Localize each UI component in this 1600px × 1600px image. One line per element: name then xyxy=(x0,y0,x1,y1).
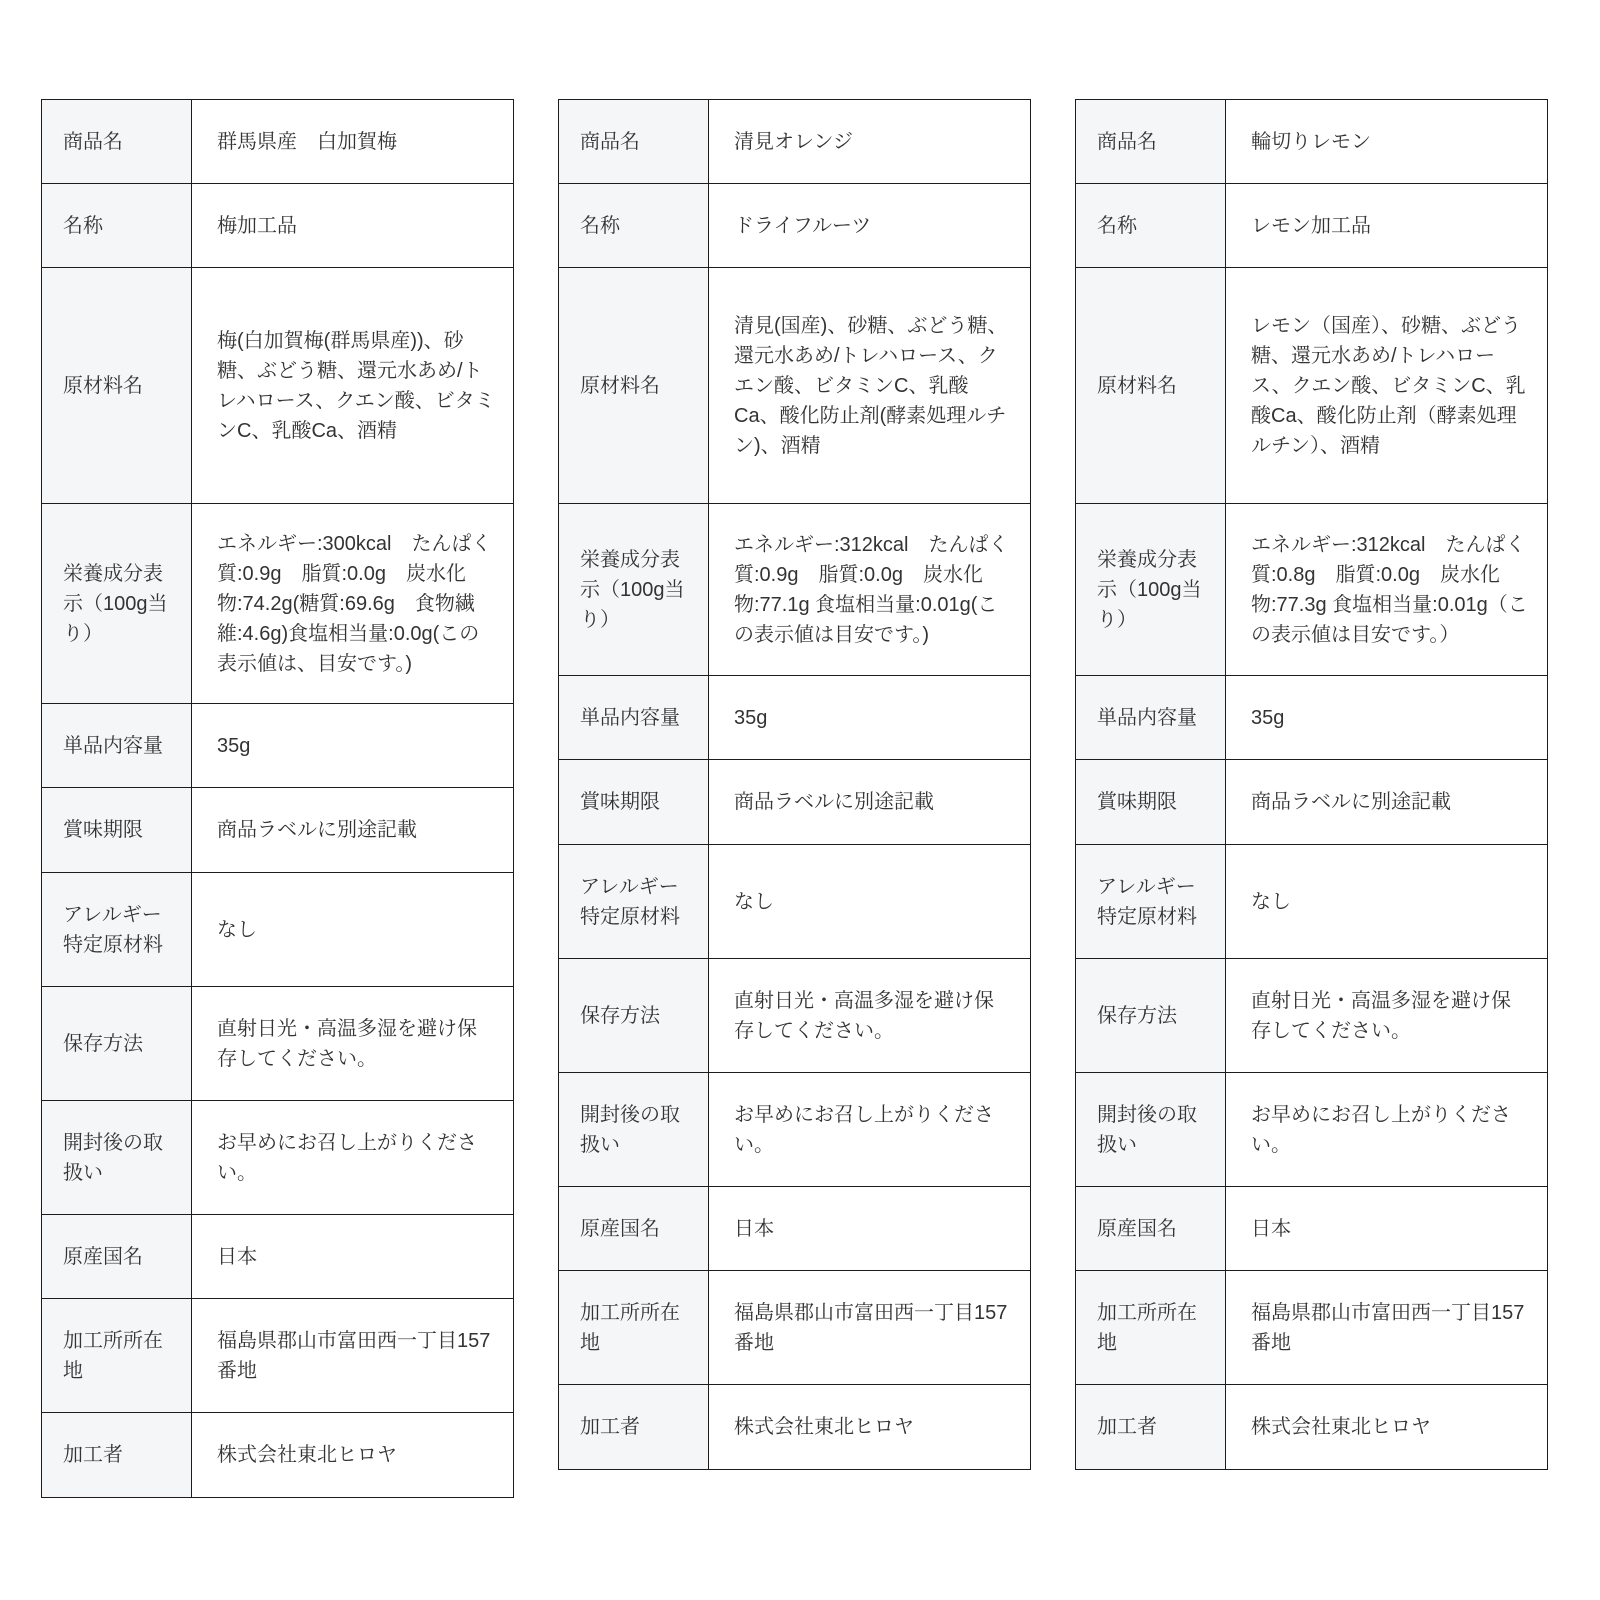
value-factory-address: 福島県郡山市富田西一丁目157番地 xyxy=(192,1299,514,1413)
table-row: 原材料名 梅(白加賀梅(群馬県産))、砂糖、ぶどう糖、還元水あめ/トレハロース、… xyxy=(42,268,514,504)
label-factory-address: 加工所所在地 xyxy=(559,1271,709,1385)
table-row: 単品内容量 35g xyxy=(1076,676,1548,760)
table-row: 加工所所在地 福島県郡山市富田西一丁目157番地 xyxy=(559,1271,1031,1385)
table-row: アレルギー特定原材料 なし xyxy=(42,873,514,987)
table-row: アレルギー特定原材料 なし xyxy=(559,845,1031,959)
table-row: 保存方法 直射日光・高温多湿を避け保存してください。 xyxy=(559,959,1031,1073)
table-row: 原材料名 清見(国産)、砂糖、ぶどう糖、還元水あめ/トレハロース、クエン酸、ビタ… xyxy=(559,268,1031,504)
label-after-opening: 開封後の取扱い xyxy=(559,1073,709,1187)
label-storage: 保存方法 xyxy=(559,959,709,1073)
value-ingredients: レモン（国産）、砂糖、ぶどう糖、還元水あめ/トレハロース、クエン酸、ビタミンC、… xyxy=(1226,268,1548,504)
value-product-name: 輪切りレモン xyxy=(1226,100,1548,184)
value-nutrition: エネルギー:312kcal たんぱく質:0.9g 脂質:0.0g 炭水化物:77… xyxy=(709,504,1031,676)
value-processor: 株式会社東北ヒロヤ xyxy=(192,1413,514,1498)
label-product-name: 商品名 xyxy=(559,100,709,184)
label-factory-address: 加工所所在地 xyxy=(42,1299,192,1413)
label-after-opening: 開封後の取扱い xyxy=(42,1101,192,1215)
table-row: 賞味期限 商品ラベルに別途記載 xyxy=(559,760,1031,845)
value-after-opening: お早めにお召し上がりください。 xyxy=(192,1101,514,1215)
value-storage: 直射日光・高温多湿を避け保存してください。 xyxy=(1226,959,1548,1073)
value-net-content: 35g xyxy=(192,704,514,788)
label-allergens: アレルギー特定原材料 xyxy=(1076,845,1226,959)
label-storage: 保存方法 xyxy=(1076,959,1226,1073)
value-product-name: 清見オレンジ xyxy=(709,100,1031,184)
label-ingredients: 原材料名 xyxy=(559,268,709,504)
value-category: 梅加工品 xyxy=(192,184,514,268)
label-ingredients: 原材料名 xyxy=(42,268,192,504)
value-product-name: 群馬県産 白加賀梅 xyxy=(192,100,514,184)
label-origin-country: 原産国名 xyxy=(42,1215,192,1299)
value-origin-country: 日本 xyxy=(1226,1187,1548,1271)
value-factory-address: 福島県郡山市富田西一丁目157番地 xyxy=(709,1271,1031,1385)
table-row: 原材料名 レモン（国産）、砂糖、ぶどう糖、還元水あめ/トレハロース、クエン酸、ビ… xyxy=(1076,268,1548,504)
table-row: 原産国名 日本 xyxy=(1076,1187,1548,1271)
label-allergens: アレルギー特定原材料 xyxy=(42,873,192,987)
label-storage: 保存方法 xyxy=(42,987,192,1101)
value-allergens: なし xyxy=(1226,845,1548,959)
table-row: 名称 ドライフルーツ xyxy=(559,184,1031,268)
table-row: 加工者 株式会社東北ヒロヤ xyxy=(42,1413,514,1498)
label-best-before: 賞味期限 xyxy=(559,760,709,845)
value-allergens: なし xyxy=(709,845,1031,959)
table-row: 加工所所在地 福島県郡山市富田西一丁目157番地 xyxy=(1076,1271,1548,1385)
label-after-opening: 開封後の取扱い xyxy=(1076,1073,1226,1187)
spec-table-kiyomi-orange: 商品名 清見オレンジ 名称 ドライフルーツ 原材料名 清見(国産)、砂糖、ぶどう… xyxy=(558,99,1031,1470)
table-row: 開封後の取扱い お早めにお召し上がりください。 xyxy=(1076,1073,1548,1187)
label-best-before: 賞味期限 xyxy=(42,788,192,873)
label-category: 名称 xyxy=(42,184,192,268)
table-row: アレルギー特定原材料 なし xyxy=(1076,845,1548,959)
label-product-name: 商品名 xyxy=(1076,100,1226,184)
table-row: 原産国名 日本 xyxy=(42,1215,514,1299)
label-category: 名称 xyxy=(559,184,709,268)
label-origin-country: 原産国名 xyxy=(559,1187,709,1271)
value-ingredients: 梅(白加賀梅(群馬県産))、砂糖、ぶどう糖、還元水あめ/トレハロース、クエン酸、… xyxy=(192,268,514,504)
spec-table-wagiri-lemon: 商品名 輪切りレモン 名称 レモン加工品 原材料名 レモン（国産）、砂糖、ぶどう… xyxy=(1075,99,1548,1470)
value-origin-country: 日本 xyxy=(192,1215,514,1299)
value-category: ドライフルーツ xyxy=(709,184,1031,268)
label-processor: 加工者 xyxy=(559,1385,709,1470)
value-net-content: 35g xyxy=(709,676,1031,760)
value-net-content: 35g xyxy=(1226,676,1548,760)
label-factory-address: 加工所所在地 xyxy=(1076,1271,1226,1385)
label-product-name: 商品名 xyxy=(42,100,192,184)
table-row: 賞味期限 商品ラベルに別途記載 xyxy=(42,788,514,873)
label-net-content: 単品内容量 xyxy=(1076,676,1226,760)
table-row: 賞味期限 商品ラベルに別途記載 xyxy=(1076,760,1548,845)
table-row: 商品名 清見オレンジ xyxy=(559,100,1031,184)
value-processor: 株式会社東北ヒロヤ xyxy=(709,1385,1031,1470)
value-nutrition: エネルギー:312kcal たんぱく質:0.8g 脂質:0.0g 炭水化物:77… xyxy=(1226,504,1548,676)
table-row: 栄養成分表示（100g当り） エネルギー:312kcal たんぱく質:0.9g … xyxy=(559,504,1031,676)
table-row: 原産国名 日本 xyxy=(559,1187,1031,1271)
label-net-content: 単品内容量 xyxy=(559,676,709,760)
table-row: 商品名 群馬県産 白加賀梅 xyxy=(42,100,514,184)
value-after-opening: お早めにお召し上がりください。 xyxy=(1226,1073,1548,1187)
label-allergens: アレルギー特定原材料 xyxy=(559,845,709,959)
label-nutrition: 栄養成分表示（100g当り） xyxy=(559,504,709,676)
value-origin-country: 日本 xyxy=(709,1187,1031,1271)
product-spec-sheet: 商品名 群馬県産 白加賀梅 名称 梅加工品 原材料名 梅(白加賀梅(群馬県産))… xyxy=(0,0,1600,1600)
table-row: 加工者 株式会社東北ヒロヤ xyxy=(559,1385,1031,1470)
table-row: 単品内容量 35g xyxy=(559,676,1031,760)
table-row: 栄養成分表示（100g当り） エネルギー:300kcal たんぱく質:0.9g … xyxy=(42,504,514,704)
value-factory-address: 福島県郡山市富田西一丁目157番地 xyxy=(1226,1271,1548,1385)
label-best-before: 賞味期限 xyxy=(1076,760,1226,845)
table-row: 商品名 輪切りレモン xyxy=(1076,100,1548,184)
value-best-before: 商品ラベルに別途記載 xyxy=(1226,760,1548,845)
table-row: 開封後の取扱い お早めにお召し上がりください。 xyxy=(42,1101,514,1215)
value-allergens: なし xyxy=(192,873,514,987)
table-row: 保存方法 直射日光・高温多湿を避け保存してください。 xyxy=(42,987,514,1101)
table-row: 加工者 株式会社東北ヒロヤ xyxy=(1076,1385,1548,1470)
label-ingredients: 原材料名 xyxy=(1076,268,1226,504)
label-nutrition: 栄養成分表示（100g当り） xyxy=(1076,504,1226,676)
value-nutrition: エネルギー:300kcal たんぱく質:0.9g 脂質:0.0g 炭水化物:74… xyxy=(192,504,514,704)
table-row: 名称 梅加工品 xyxy=(42,184,514,268)
table-row: 保存方法 直射日光・高温多湿を避け保存してください。 xyxy=(1076,959,1548,1073)
table-row: 名称 レモン加工品 xyxy=(1076,184,1548,268)
label-nutrition: 栄養成分表示（100g当り） xyxy=(42,504,192,704)
table-row: 加工所所在地 福島県郡山市富田西一丁目157番地 xyxy=(42,1299,514,1413)
label-origin-country: 原産国名 xyxy=(1076,1187,1226,1271)
table-row: 単品内容量 35g xyxy=(42,704,514,788)
label-processor: 加工者 xyxy=(1076,1385,1226,1470)
spec-table-shirakaga-ume: 商品名 群馬県産 白加賀梅 名称 梅加工品 原材料名 梅(白加賀梅(群馬県産))… xyxy=(41,99,514,1498)
value-processor: 株式会社東北ヒロヤ xyxy=(1226,1385,1548,1470)
label-category: 名称 xyxy=(1076,184,1226,268)
value-after-opening: お早めにお召し上がりください。 xyxy=(709,1073,1031,1187)
value-best-before: 商品ラベルに別途記載 xyxy=(709,760,1031,845)
value-storage: 直射日光・高温多湿を避け保存してください。 xyxy=(709,959,1031,1073)
value-storage: 直射日光・高温多湿を避け保存してください。 xyxy=(192,987,514,1101)
label-net-content: 単品内容量 xyxy=(42,704,192,788)
table-row: 栄養成分表示（100g当り） エネルギー:312kcal たんぱく質:0.8g … xyxy=(1076,504,1548,676)
table-row: 開封後の取扱い お早めにお召し上がりください。 xyxy=(559,1073,1031,1187)
label-processor: 加工者 xyxy=(42,1413,192,1498)
value-best-before: 商品ラベルに別途記載 xyxy=(192,788,514,873)
value-category: レモン加工品 xyxy=(1226,184,1548,268)
value-ingredients: 清見(国産)、砂糖、ぶどう糖、還元水あめ/トレハロース、クエン酸、ビタミンC、乳… xyxy=(709,268,1031,504)
